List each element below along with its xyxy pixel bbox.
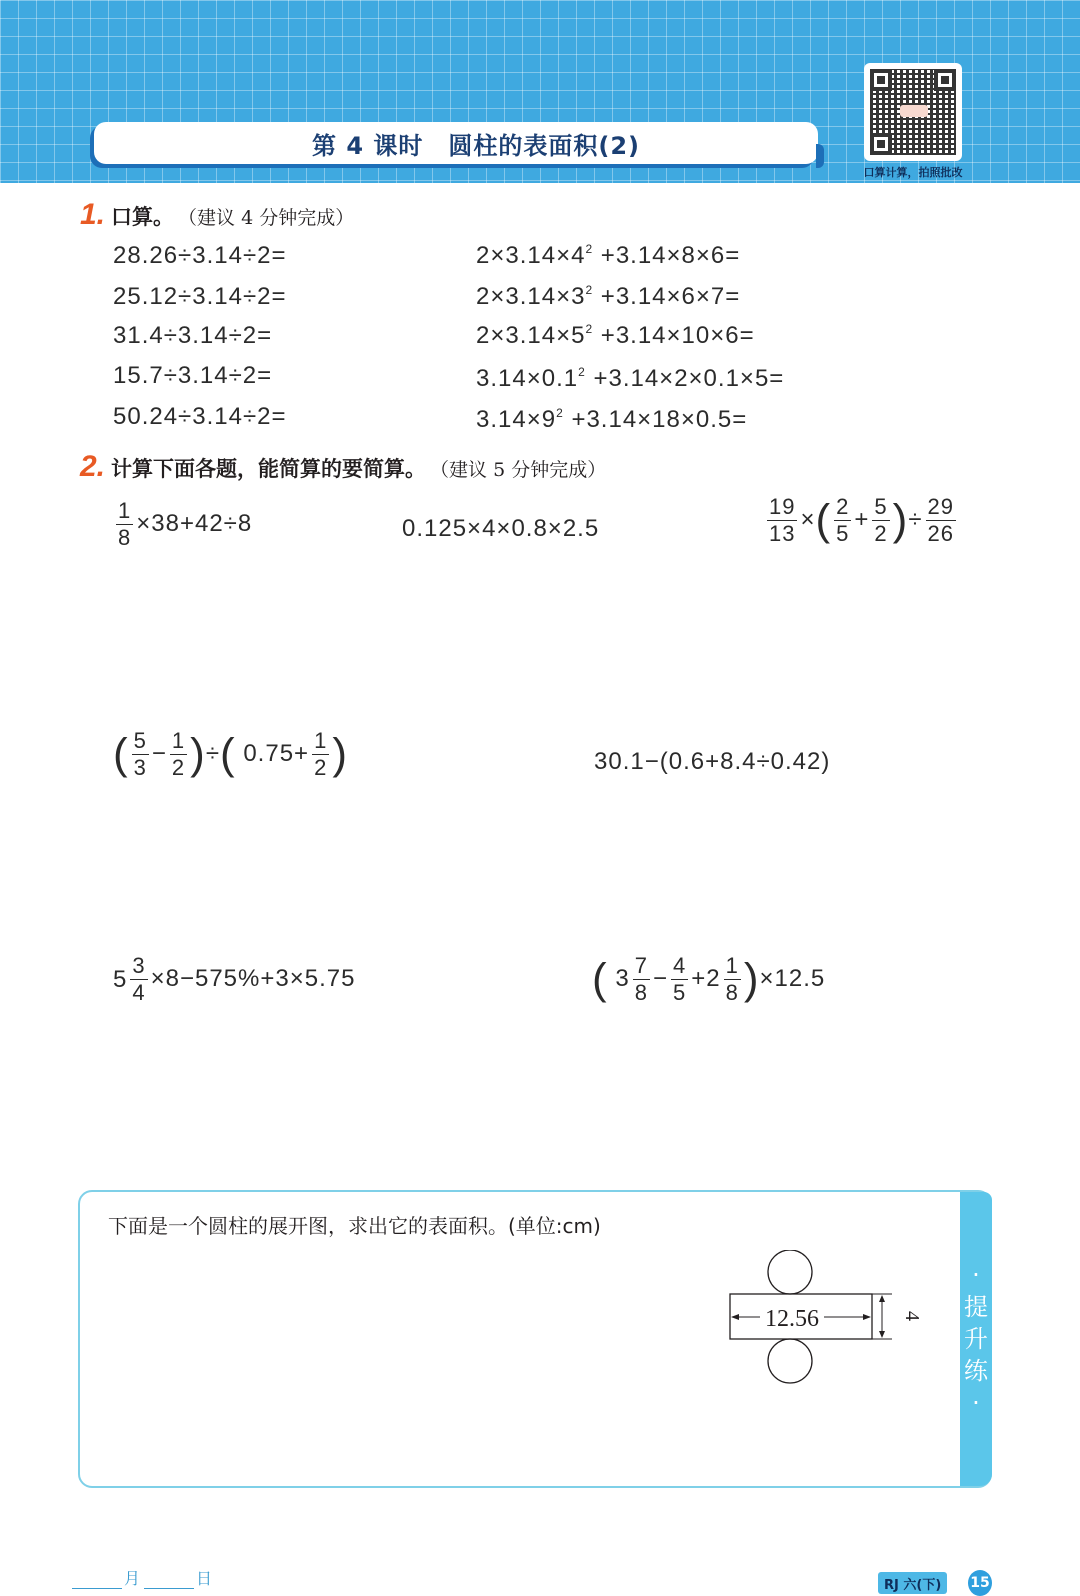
- question-hint: （建议 4 分钟完成）: [178, 203, 354, 230]
- fraction: 25: [834, 496, 851, 545]
- right-paren: ): [744, 955, 760, 1004]
- side-tab-char: 练: [964, 1355, 988, 1387]
- denominator: 5: [673, 980, 686, 1004]
- denominator: 2: [874, 521, 887, 545]
- whole-part: 3: [615, 965, 629, 992]
- denominator: 8: [118, 525, 131, 549]
- expr-part: 0.75+: [243, 740, 309, 767]
- exponent: 2: [585, 242, 593, 256]
- fraction: 34: [130, 955, 147, 1004]
- expr-part: 3.14×0.1: [476, 365, 578, 392]
- expr-part: +3.14×2×0.1×5=: [593, 365, 784, 392]
- qr-finder-icon: [934, 69, 956, 91]
- numerator: 3: [130, 955, 147, 980]
- whole-part: 5: [113, 966, 127, 994]
- numerator: 19: [767, 496, 797, 521]
- numerator: 2: [834, 496, 851, 521]
- operator: ÷: [206, 740, 220, 767]
- header-band: 第 4 课时 圆柱的表面积(2): [0, 0, 1080, 183]
- right-paren: ): [332, 730, 348, 779]
- expr-part: +3.14×18×0.5=: [571, 406, 747, 433]
- numerator: 1: [116, 500, 133, 525]
- qr-caption: 口算计算，拍照批改: [848, 164, 978, 180]
- side-tab-dot: ·: [972, 1259, 980, 1291]
- fraction: 12: [312, 730, 329, 779]
- denominator: 8: [726, 980, 739, 1004]
- side-tab-dot: ·: [972, 1387, 980, 1419]
- side-tab-char: 提: [964, 1291, 988, 1323]
- expr-part: +2: [691, 965, 720, 992]
- question-title: 计算下面各题，能简算的要简算。: [111, 453, 426, 483]
- fraction: 18: [724, 955, 741, 1004]
- day-label: 日: [196, 1566, 212, 1589]
- problem-3: 1913×(25+52)÷2926: [764, 496, 959, 545]
- expr-part: +3.14×8×6=: [601, 242, 740, 269]
- denominator: 3: [134, 755, 147, 779]
- practice-question: 下面是一个圆柱的展开图，求出它的表面积。(单位:cm): [108, 1210, 601, 1239]
- oral-calc-item: 2×3.14×32 +3.14×6×7=: [476, 283, 740, 311]
- denominator: 2: [314, 755, 327, 779]
- numerator: 4: [671, 955, 688, 980]
- expr-part: ×38+42÷8: [136, 510, 252, 537]
- expr-part: 3.14×9: [476, 406, 556, 433]
- date-field: 月 日: [72, 1566, 212, 1589]
- fraction: 53: [132, 730, 149, 779]
- edition-tag: RJ 六(下): [878, 1572, 947, 1594]
- numerator: 7: [633, 955, 650, 980]
- numerator: 1: [724, 955, 741, 980]
- operator: +: [854, 506, 869, 533]
- problem-5: 30.1−(0.6+8.4÷0.42): [594, 748, 830, 776]
- qr-finder-icon: [870, 133, 892, 155]
- side-tab-char: 升: [964, 1323, 988, 1355]
- lesson-title-banner: 第 4 课时 圆柱的表面积(2): [94, 122, 818, 164]
- page-number: 15: [968, 1570, 992, 1596]
- question-title: 口算。: [111, 201, 174, 231]
- length-label: 12.56: [765, 1306, 819, 1332]
- fraction: 52: [872, 496, 889, 545]
- numerator: 1: [312, 730, 329, 755]
- exponent: 2: [585, 283, 593, 297]
- right-paren: ): [893, 496, 909, 545]
- numerator: 5: [872, 496, 889, 521]
- mixed-number: 534: [113, 955, 151, 1004]
- cylinder-net-diagram: 12.56 4: [720, 1250, 920, 1410]
- oral-calc-item: 2×3.14×52 +3.14×10×6=: [476, 322, 755, 350]
- exponent: 2: [556, 406, 564, 420]
- month-label: 月: [124, 1566, 140, 1589]
- exponent: 2: [578, 365, 586, 379]
- problem-7: ( 378−45+218)×12.5: [592, 955, 825, 1004]
- denominator: 5: [836, 521, 849, 545]
- denominator: 13: [769, 521, 795, 545]
- numerator: 5: [132, 730, 149, 755]
- expr-part: 2×3.14×3: [476, 283, 585, 310]
- qr-code[interactable]: [864, 63, 962, 161]
- operator: ÷: [908, 506, 922, 533]
- fraction: 78: [633, 955, 650, 1004]
- month-blank[interactable]: [72, 1571, 122, 1589]
- expr-part: ×12.5: [759, 965, 825, 992]
- left-paren: (: [113, 730, 129, 779]
- exponent: 2: [585, 322, 593, 336]
- qr-code-pattern: [870, 69, 956, 155]
- expr-part: 2×3.14×4: [476, 242, 585, 269]
- question-number: 1.: [80, 198, 105, 232]
- fraction: 12: [170, 730, 187, 779]
- oral-calc-item: 15.7÷3.14÷2=: [113, 362, 272, 390]
- denominator: 8: [635, 980, 648, 1004]
- day-blank[interactable]: [144, 1571, 194, 1589]
- denominator: 2: [172, 755, 185, 779]
- denominator: 26: [928, 521, 954, 545]
- fraction: 45: [671, 955, 688, 1004]
- question-number: 2.: [80, 450, 105, 484]
- operator: −: [152, 740, 167, 767]
- problem-1: 18×38+42÷8: [113, 500, 252, 549]
- oral-calc-item: 2×3.14×42 +3.14×8×6=: [476, 242, 740, 270]
- lesson-title: 第 4 课时 圆柱的表面积(2): [312, 126, 640, 161]
- problem-4: (53−12)÷( 0.75+12): [113, 730, 348, 779]
- expr-part: ×8−575%+3×5.75: [151, 965, 356, 992]
- operator: −: [653, 965, 668, 992]
- fraction: 1913: [767, 496, 797, 545]
- fraction: 2926: [926, 496, 956, 545]
- height-label: 4: [901, 1311, 920, 1321]
- denominator: 4: [132, 980, 145, 1004]
- fraction: 18: [116, 500, 133, 549]
- oral-calc-item: 3.14×92 +3.14×18×0.5=: [476, 406, 747, 434]
- left-paren: (: [220, 730, 236, 779]
- question-1-heading: 1. 口算。 （建议 4 分钟完成）: [80, 198, 354, 232]
- problem-6: 534×8−575%+3×5.75: [113, 955, 355, 1004]
- expr-part: +3.14×6×7=: [601, 283, 740, 310]
- question-2-heading: 2. 计算下面各题，能简算的要简算。 （建议 5 分钟完成）: [80, 450, 606, 484]
- left-paren: (: [816, 496, 832, 545]
- oral-calc-item: 3.14×0.12 +3.14×2×0.1×5=: [476, 365, 784, 393]
- problem-2: 0.125×4×0.8×2.5: [402, 515, 599, 543]
- left-paren: (: [592, 955, 608, 1004]
- side-tab-improvement-practice: · 提 升 练 ·: [960, 1192, 992, 1486]
- oral-calc-item: 50.24÷3.14÷2=: [113, 403, 286, 431]
- oral-calc-item: 28.26÷3.14÷2=: [113, 242, 286, 270]
- qr-logo-icon: [900, 105, 928, 117]
- oral-calc-item: 25.12÷3.14÷2=: [113, 283, 286, 311]
- oral-calc-item: 31.4÷3.14÷2=: [113, 322, 272, 350]
- right-paren: ): [190, 730, 206, 779]
- numerator: 1: [170, 730, 187, 755]
- expr-part: 2×3.14×5: [476, 322, 585, 349]
- numerator: 29: [926, 496, 956, 521]
- expr-part: +3.14×10×6=: [601, 322, 755, 349]
- operator: ×: [800, 506, 815, 533]
- question-hint: （建议 5 分钟完成）: [430, 455, 606, 482]
- qr-finder-icon: [870, 69, 892, 91]
